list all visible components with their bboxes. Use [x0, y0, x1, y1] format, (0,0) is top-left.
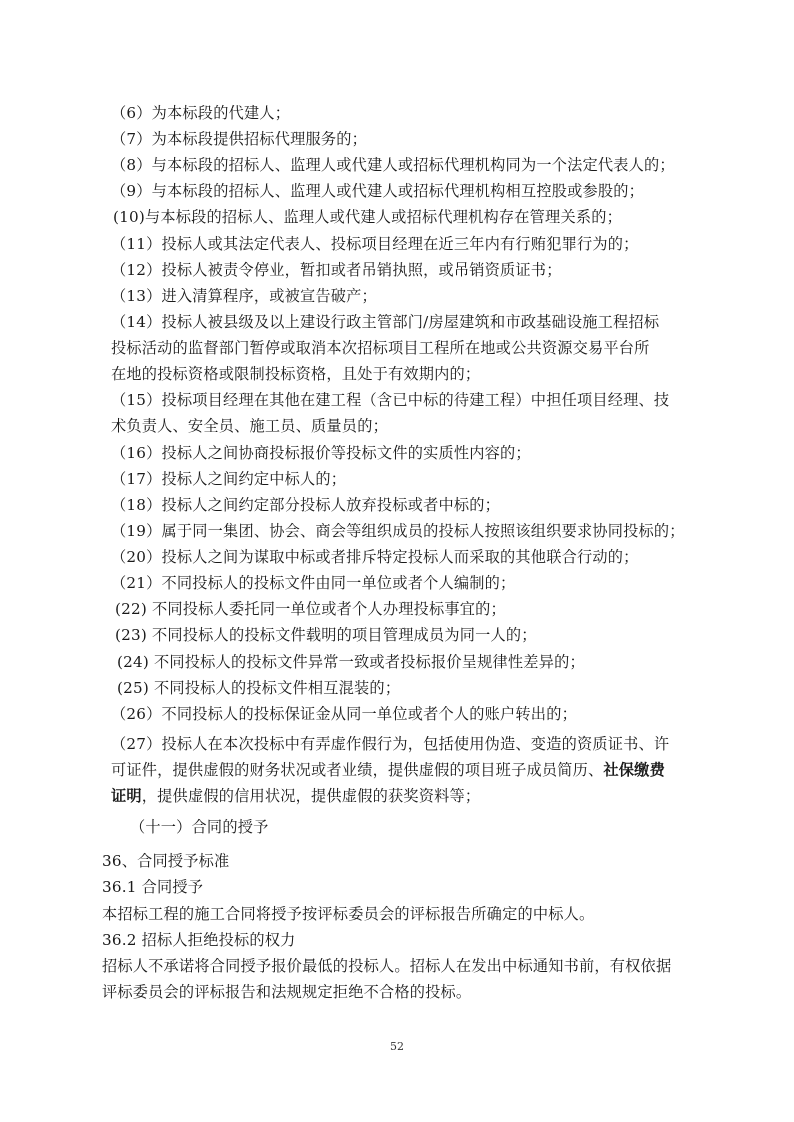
item-26: （26）不同投标人的投标保证金从同一单位或者个人的账户转出的； [111, 704, 577, 724]
item-21: （21）不同投标人的投标文件由同一单位或者个人编制的； [111, 573, 515, 593]
item-27-bold-2: 证明 [111, 787, 142, 805]
item-20: （20）投标人之间为谋取中标或者排斥特定投标人而采取的其他联合行动的； [111, 547, 639, 567]
item-17: （17）投标人之间约定中标人的； [111, 469, 346, 489]
page-number: 52 [0, 1040, 794, 1053]
item-27-bold-1: 社保缴费 [603, 761, 665, 779]
item-14-line2: 投标活动的监督部门暂停或取消本次招标项目工程所在地或公共资源交易平台所 [111, 338, 650, 358]
item-14-line1: （14）投标人被县级及以上建设行政主管部门/房屋建筑和市政基础设施工程招标 [111, 312, 659, 332]
item-22: (22) 不同投标人委托同一单位或者个人办理投标事宜的； [115, 599, 506, 619]
item-18: （18）投标人之间约定部分投标人放弃投标或者中标的； [111, 495, 500, 515]
item-15-line1: （15）投标项目经理在其他在建工程（含已中标的待建工程）中担任项目经理、技 [111, 390, 669, 410]
item-16: （16）投标人之间协商投标报价等投标文件的实质性内容的； [111, 443, 531, 463]
section-36-2-title: 36.2 招标人拒绝投标的权力 [102, 930, 296, 950]
item-24: (24) 不同投标人的投标文件异常一致或者投标报价呈规律性差异的； [117, 652, 585, 672]
item-27-line3: 证明，提供虚假的信用状况，提供虚假的获奖资料等； [111, 786, 480, 806]
section-36-1-body: 本招标工程的施工合同将授予按评标委员会的评标报告所确定的中标人。 [102, 904, 594, 924]
item-9: （9）与本标段的招标人、监理人或代建人或招标代理机构相互控股或参股的； [111, 181, 644, 201]
section-36-2-body-line2: 评标委员会的评标报告和法规规定拒绝不合格的投标。 [102, 982, 471, 1002]
section-36-2-body-line1: 招标人不承诺将合同授予报价最低的投标人。招标人在发出中标通知书前，有权依据 [102, 956, 671, 976]
item-12: （12）投标人被责令停业，暂扣或者吊销执照，或吊销资质证书； [111, 260, 562, 280]
subheading: （十一）合同的授予 [130, 817, 269, 837]
item-13: （13）进入清算程序，或被宣告破产； [111, 286, 377, 306]
item-7: （7）为本标段提供招标代理服务的； [111, 129, 367, 149]
item-27-line1: （27）投标人在本次投标中有弄虚作假行为，包括使用伪造、变造的资质证书、许 [111, 734, 669, 754]
section-36-1-title: 36.1 合同授予 [102, 877, 203, 897]
item-25: (25) 不同投标人的投标文件相互混装的； [117, 678, 400, 698]
item-27-line3-text: ，提供虚假的信用状况，提供虚假的获奖资料等； [142, 787, 481, 805]
item-14-line3: 在地的投标资格或限制投标资格，且处于有效期内的； [111, 364, 480, 384]
item-23: (23) 不同投标人的投标文件载明的项目管理成员为同一人的； [115, 625, 537, 645]
item-10: (10)与本标段的招标人、监理人或代建人或招标代理机构存在管理关系的； [113, 207, 622, 227]
item-6: （6）为本标段的代建人； [111, 103, 290, 123]
item-27-line2: 可证件，提供虚假的财务状况或者业绩，提供虚假的项目班子成员简历、社保缴费 [111, 760, 665, 780]
item-27-line2-text: 可证件，提供虚假的财务状况或者业绩，提供虚假的项目班子成员简历、 [111, 761, 603, 779]
document-page: （6）为本标段的代建人； （7）为本标段提供招标代理服务的； （8）与本标段的招… [0, 0, 794, 1122]
item-15-line2: 术负责人、安全员、施工员、质量员的； [111, 416, 388, 436]
item-19: （19）属于同一集团、协会、商会等组织成员的投标人按照该组织要求协同投标的； [111, 521, 685, 541]
item-8: （8）与本标段的招标人、监理人或代建人或招标代理机构同为一个法定代表人的； [111, 155, 675, 175]
item-11: （11）投标人或其法定代表人、投标项目经理在近三年内有行贿犯罪行为的； [111, 234, 639, 254]
section-36-title: 36、合同授予标准 [102, 851, 229, 871]
